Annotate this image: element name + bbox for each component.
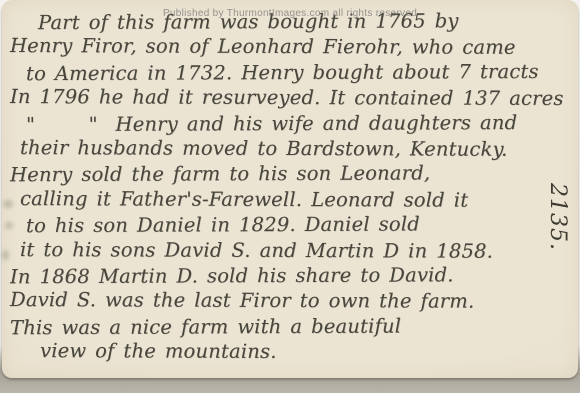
note-line: In 1796 he had it resurveyed. It contain… — [10, 84, 576, 111]
note-line: In 1868 Martin D. sold his share to Davi… — [10, 262, 576, 290]
note-line: Henry Firor, son of Leonhard Fierohr, wh… — [10, 33, 576, 60]
handwritten-note: Part of this farm was bought in 1765 by … — [10, 9, 576, 365]
scan-stage: Published by ThurmontImages.com all righ… — [0, 0, 580, 393]
note-line: their husbands moved to Bardstown, Kentu… — [10, 135, 576, 162]
note-line: to his son Daniel in 1829. Daniel sold — [10, 211, 576, 239]
note-line: " " Henry and his wife and daughters and — [10, 109, 576, 137]
archive-number: 2135. — [545, 183, 570, 251]
note-line: to America in 1732. Henry bought about 7… — [10, 59, 576, 87]
note-line: David S. was the last Firor to own the f… — [10, 287, 576, 314]
note-line: Henry sold the farm to his son Leonard, — [10, 160, 576, 188]
watermark-text: Published by ThurmontImages.com all righ… — [163, 8, 417, 19]
note-line: calling it Father's-Farewell. Leonard so… — [10, 186, 576, 213]
note-line: it to his sons David S. and Martin D in … — [10, 237, 576, 264]
index-card: Published by ThurmontImages.com all righ… — [2, 0, 578, 378]
smudge-mark — [2, 250, 9, 260]
note-line: view of the mountains. — [10, 338, 576, 365]
note-line: This was a nice farm with a beautiful — [10, 313, 576, 341]
